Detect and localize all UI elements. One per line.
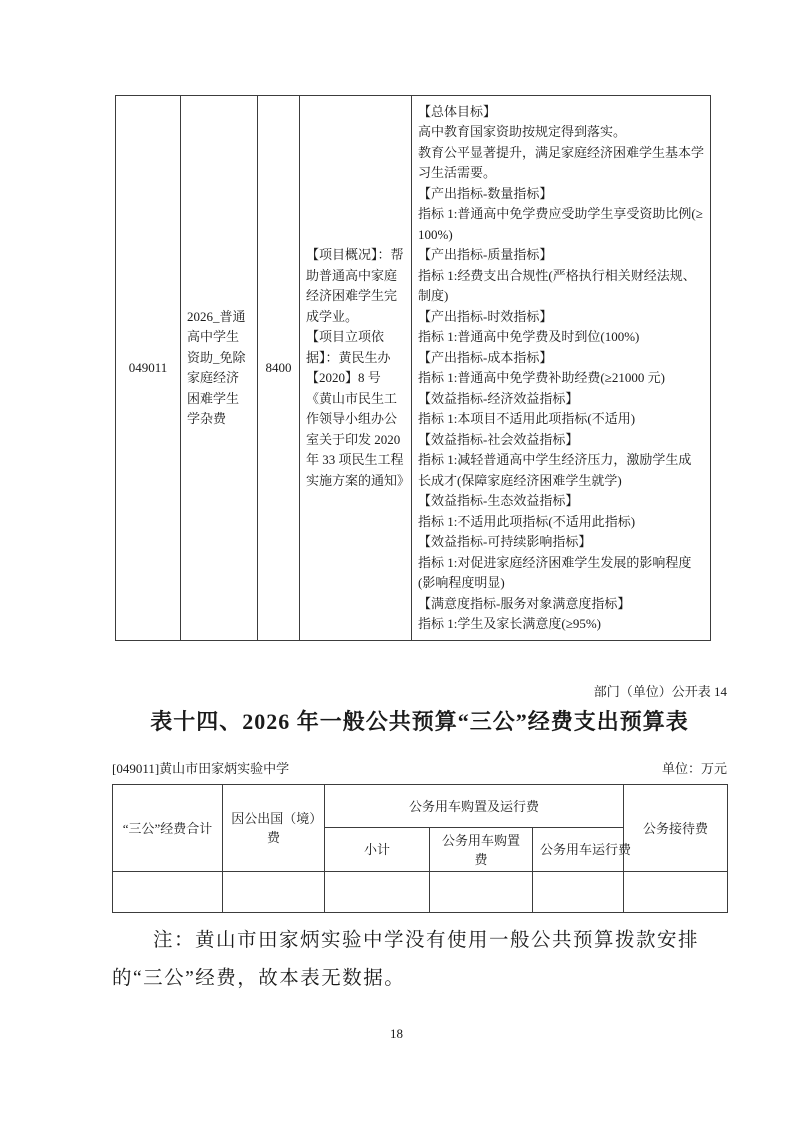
paragraph: 【产出指标-成本指标】: [418, 348, 704, 369]
header-vehicle-group: 公务用车购置及运行费: [325, 785, 624, 828]
paragraph: 【效益指标-生态效益指标】: [418, 491, 704, 512]
paragraph: 【产出指标-质量指标】: [418, 245, 704, 266]
project-overview-cell: 【项目概况】：帮助普通高中家庭经济困难学生完成学业。【项目立项依据】：黄民生办【…: [300, 96, 412, 641]
paragraph: 【项目概况】：帮助普通高中家庭经济困难学生完成学业。: [306, 245, 405, 327]
paragraph: 【效益指标-可持续影响指标】: [418, 532, 704, 553]
data-cell-total: [113, 872, 223, 913]
data-cell-reception: [624, 872, 728, 913]
data-cell-vehicle-purchase: [430, 872, 533, 913]
paragraph: 指标 1:对促进家庭经济困难学生发展的影响程度(影响程度明显): [418, 553, 704, 594]
header-vehicle-subtotal: 小计: [325, 828, 430, 872]
paragraph: 【满意度指标-服务对象满意度指标】: [418, 594, 704, 615]
org-label: [049011]黄山市田家炳实验中学: [112, 758, 289, 777]
paragraph: 指标 1:普通高中免学费及时到位(100%): [418, 327, 704, 348]
performance-indicator-table: 049011 2026_普通高中学生资助_免除家庭经济困难学生学杂费 8400 …: [115, 95, 711, 641]
table-header-row-1: “三公”经费合计 因公出国（境）费 公务用车购置及运行费 公务接待费: [113, 785, 728, 828]
public-table-ref-label: 部门（单位）公开表 14: [112, 681, 727, 700]
header-reception: 公务接待费: [624, 785, 728, 872]
paragraph: 【总体目标】: [418, 102, 704, 123]
paragraph: 【效益指标-社会效益指标】: [418, 430, 704, 451]
paragraph: 指标 1:普通高中免学费补助经费(≥21000 元): [418, 368, 704, 389]
table-row: 049011 2026_普通高中学生资助_免除家庭经济困难学生学杂费 8400 …: [116, 96, 711, 641]
document-page: 049011 2026_普通高中学生资助_免除家庭经济困难学生学杂费 8400 …: [0, 0, 793, 1122]
paragraph: 指标 1:减轻普通高中学生经济压力，激励学生成长成才(保障家庭经济困难学生就学): [418, 450, 704, 491]
paragraph: 教育公平显著提升，满足家庭经济困难学生基本学习生活需要。: [418, 143, 704, 184]
empty-data-row: [113, 872, 728, 913]
table2-title: 表十四、2026 年一般公共预算“三公”经费支出预算表: [92, 706, 747, 738]
paragraph: 指标 1:不适用此项指标(不适用此指标): [418, 512, 704, 533]
three-public-budget-table: “三公”经费合计 因公出国（境）费 公务用车购置及运行费 公务接待费 小计 公务…: [112, 784, 728, 913]
unit-label: 单位：万元: [662, 758, 727, 777]
paragraph: 【效益指标-经济效益指标】: [418, 389, 704, 410]
table2-meta-row: [049011]黄山市田家炳实验中学 单位：万元: [112, 758, 727, 777]
page-number: 18: [0, 1026, 793, 1042]
data-cell-vehicle-operation: [533, 872, 624, 913]
header-total: “三公”经费合计: [113, 785, 223, 872]
paragraph: 高中教育国家资助按规定得到落实。: [418, 122, 704, 143]
paragraph: 【项目立项依据】：黄民生办【2020】8 号《黄山市民生工作领导小组办公室关于印…: [306, 327, 405, 491]
header-vehicle-purchase: 公务用车购置费: [430, 828, 533, 872]
data-cell-abroad: [223, 872, 325, 913]
paragraph: 指标 1:学生及家长满意度(≥95%): [418, 614, 704, 635]
data-cell-vehicle-subtotal: [325, 872, 430, 913]
paragraph: 【产出指标-数量指标】: [418, 184, 704, 205]
header-abroad: 因公出国（境）费: [223, 785, 325, 872]
project-indicators-cell: 【总体目标】高中教育国家资助按规定得到落实。教育公平显著提升，满足家庭经济困难学…: [412, 96, 711, 641]
paragraph: 指标 1:本项目不适用此项指标(不适用): [418, 409, 704, 430]
project-amount-cell: 8400: [258, 96, 300, 641]
paragraph: 指标 1:经费支出合规性(严格执行相关财经法规、制度): [418, 266, 704, 307]
header-vehicle-operation: 公务用车运行费: [533, 828, 624, 872]
project-code-cell: 049011: [116, 96, 181, 641]
project-name-cell: 2026_普通高中学生资助_免除家庭经济困难学生学杂费: [181, 96, 258, 641]
paragraph: 【产出指标-时效指标】: [418, 307, 704, 328]
paragraph: 指标 1:普通高中免学费应受助学生享受资助比例(≥100%): [418, 204, 704, 245]
table-note: 注：黄山市田家炳实验中学没有使用一般公共预算拨款安排的“三公”经费，故本表无数据…: [112, 922, 732, 998]
